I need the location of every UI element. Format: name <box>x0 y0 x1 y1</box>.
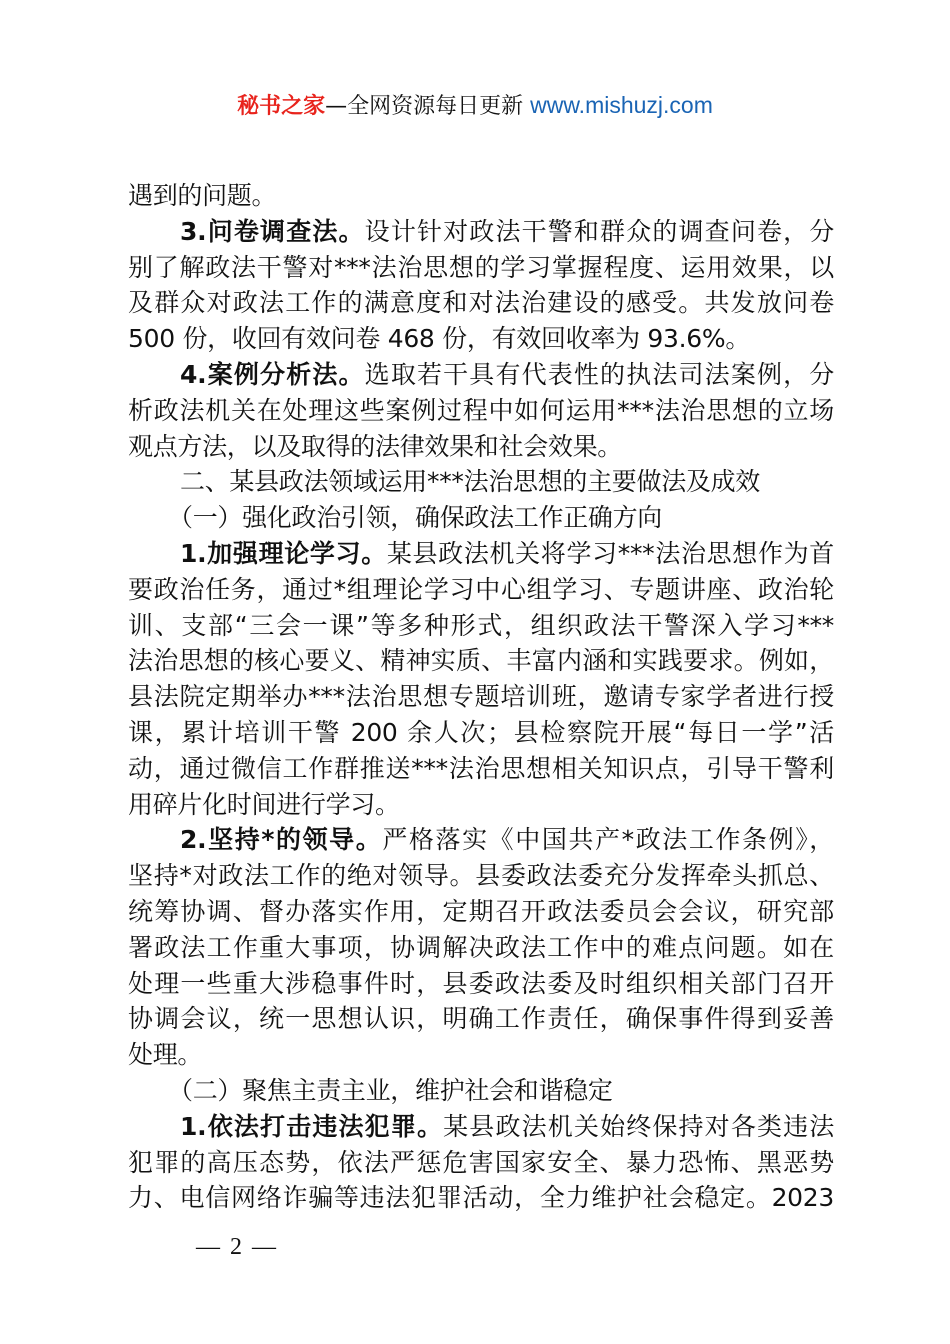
paragraph-line: 遇到的问题。 <box>128 178 834 214</box>
item-heading-party-leadership: 2.坚持*的领导。严格落实《中国共产*政法工作条例》， <box>128 822 834 858</box>
paragraph-line: 析政法机关在处理这些案例过程中如何运用***法治思想的立场 <box>128 393 834 429</box>
line-text: 训、支部“三会一课”等多种形式，组织政法干警深入学习*** <box>128 611 834 640</box>
paragraph-line: 用碎片化时间进行学习。 <box>128 787 834 823</box>
line-text: 严格落实《中国共产*政法工作条例》， <box>382 825 834 854</box>
brand-name: 秘书之家 <box>237 94 325 119</box>
line-text: 县法院定期举办***法治思想专题培训班，邀请专家学者进行授 <box>128 682 834 711</box>
bold-lead: 1.依法打击违法犯罪。 <box>180 1112 443 1141</box>
heading-text: 二、某县政法领域运用***法治思想的主要做法及成效 <box>180 467 760 496</box>
line-text: 及群众对政法工作的满意度和对法治建设的感受。共发放问卷 <box>128 288 834 317</box>
paragraph-line: 坚持*对政法工作的绝对领导。县委政法委充分发挥牵头抓总、 <box>128 858 834 894</box>
line-text: 析政法机关在处理这些案例过程中如何运用***法治思想的立场 <box>128 396 834 425</box>
heading-text: （二）聚焦主责主业，维护社会和谐稳定 <box>168 1076 613 1105</box>
line-text: 课，累计培训干警 200 余人次；县检察院开展“每日一学”活 <box>128 718 834 747</box>
method-heading-survey: 3.问卷调查法。设计针对政法干警和群众的调查问卷，分 <box>128 214 834 250</box>
paragraph-line: 动，通过微信工作群推送***法治思想相关知识点，引导干警利 <box>128 751 834 787</box>
heading-text: （一）强化政治引领，确保政法工作正确方向 <box>168 503 662 532</box>
line-text: 处理。 <box>128 1040 202 1069</box>
line-text: 别了解政法干警对***法治思想的学习掌握程度、运用效果，以 <box>128 253 834 282</box>
paragraph-line: 训、支部“三会一课”等多种形式，组织政法干警深入学习*** <box>128 608 834 644</box>
subsection-heading-2: （二）聚焦主责主业，维护社会和谐稳定 <box>128 1073 834 1109</box>
paragraph-line: 处理一些重大涉稳事件时，县委政法委及时组织相关部门召开 <box>128 966 834 1002</box>
line-text: 协调会议，统一思想认识，明确工作责任，确保事件得到妥善 <box>128 1004 834 1033</box>
line-text: 署政法工作重大事项，协调解决政法工作中的难点问题。如在 <box>128 933 834 962</box>
paragraph-line: 犯罪的高压态势，依法严惩危害国家安全、暴力恐怖、黑恶势 <box>128 1145 834 1181</box>
method-heading-case: 4.案例分析法。选取若干具有代表性的执法司法案例，分 <box>128 357 834 393</box>
paragraph-line: 统筹协调、督办落实作用，定期召开政法委员会会议，研究部 <box>128 894 834 930</box>
paragraph-line: 别了解政法干警对***法治思想的学习掌握程度、运用效果，以 <box>128 250 834 286</box>
paragraph-line: 法治思想的核心要义、精神实质、丰富内涵和实践要求。例如， <box>128 643 834 679</box>
page-number: — 2 — <box>196 1234 278 1261</box>
line-text: 坚持*对政法工作的绝对领导。县委政法委充分发挥牵头抓总、 <box>128 861 834 890</box>
line-text: 用碎片化时间进行学习。 <box>128 790 400 819</box>
paragraph-line: 署政法工作重大事项，协调解决政法工作中的难点问题。如在 <box>128 930 834 966</box>
paragraph-line: 县法院定期举办***法治思想专题培训班，邀请专家学者进行授 <box>128 679 834 715</box>
paragraph-line: 观点方法，以及取得的法律效果和社会效果。 <box>128 429 834 465</box>
paragraph-line: 500 份，收回有效问卷 468 份，有效回收率为 93.6%。 <box>128 321 834 357</box>
line-text: 处理一些重大涉稳事件时，县委政法委及时组织相关部门召开 <box>128 969 834 998</box>
item-heading-crime-crackdown: 1.依法打击违法犯罪。某县政法机关始终保持对各类违法 <box>128 1109 834 1145</box>
bold-lead: 1.加强理论学习。 <box>180 539 387 568</box>
paragraph-line: 处理。 <box>128 1037 834 1073</box>
site-banner: 秘书之家—全网资源每日更新 www.mishuzj.com <box>0 88 950 124</box>
section-heading-2: 二、某县政法领域运用***法治思想的主要做法及成效 <box>128 464 834 500</box>
paragraph-line: 要政治任务，通过*组理论学习中心组学习、专题讲座、政治轮 <box>128 572 834 608</box>
paragraph-line: 力、电信网络诈骗等违法犯罪活动，全力维护社会稳定。2023 <box>128 1180 834 1216</box>
bold-lead: 2.坚持*的领导。 <box>180 825 382 854</box>
subsection-heading-1: （一）强化政治引领，确保政法工作正确方向 <box>128 500 834 536</box>
bold-lead: 3.问卷调查法。 <box>180 217 365 246</box>
line-text: 观点方法，以及取得的法律效果和社会效果。 <box>128 432 622 461</box>
paragraph-line: 及群众对政法工作的满意度和对法治建设的感受。共发放问卷 <box>128 285 834 321</box>
line-text: 法治思想的核心要义、精神实质、丰富内涵和实践要求。例如， <box>128 646 834 675</box>
line-text: 设计针对政法干警和群众的调查问卷，分 <box>365 217 834 246</box>
line-text: 动，通过微信工作群推送***法治思想相关知识点，引导干警利 <box>128 754 834 783</box>
banner-tagline: —全网资源每日更新 <box>325 94 523 119</box>
line-text: 犯罪的高压态势，依法严惩危害国家安全、暴力恐怖、黑恶势 <box>128 1148 834 1177</box>
paragraph-line: 课，累计培训干警 200 余人次；县检察院开展“每日一学”活 <box>128 715 834 751</box>
line-text: 选取若干具有代表性的执法司法案例，分 <box>365 360 834 389</box>
line-text: 某县政法机关始终保持对各类违法 <box>443 1112 834 1141</box>
line-text: 要政治任务，通过*组理论学习中心组学习、专题讲座、政治轮 <box>128 575 834 604</box>
bold-lead: 4.案例分析法。 <box>180 360 365 389</box>
document-body: 遇到的问题。 3.问卷调查法。设计针对政法干警和群众的调查问卷，分 别了解政法干… <box>128 178 834 1216</box>
line-text: 统筹协调、督办落实作用，定期召开政法委员会会议，研究部 <box>128 897 834 926</box>
item-heading-theory-study: 1.加强理论学习。某县政法机关将学习***法治思想作为首 <box>128 536 834 572</box>
line-text: 力、电信网络诈骗等违法犯罪活动，全力维护社会稳定。2023 <box>128 1183 834 1212</box>
paragraph-line: 协调会议，统一思想认识，明确工作责任，确保事件得到妥善 <box>128 1001 834 1037</box>
line-text: 某县政法机关将学习***法治思想作为首 <box>387 539 834 568</box>
site-url-link[interactable]: www.mishuzj.com <box>530 92 713 118</box>
line-text: 遇到的问题。 <box>128 181 276 210</box>
line-text: 500 份，收回有效问卷 468 份，有效回收率为 93.6%。 <box>128 324 750 353</box>
